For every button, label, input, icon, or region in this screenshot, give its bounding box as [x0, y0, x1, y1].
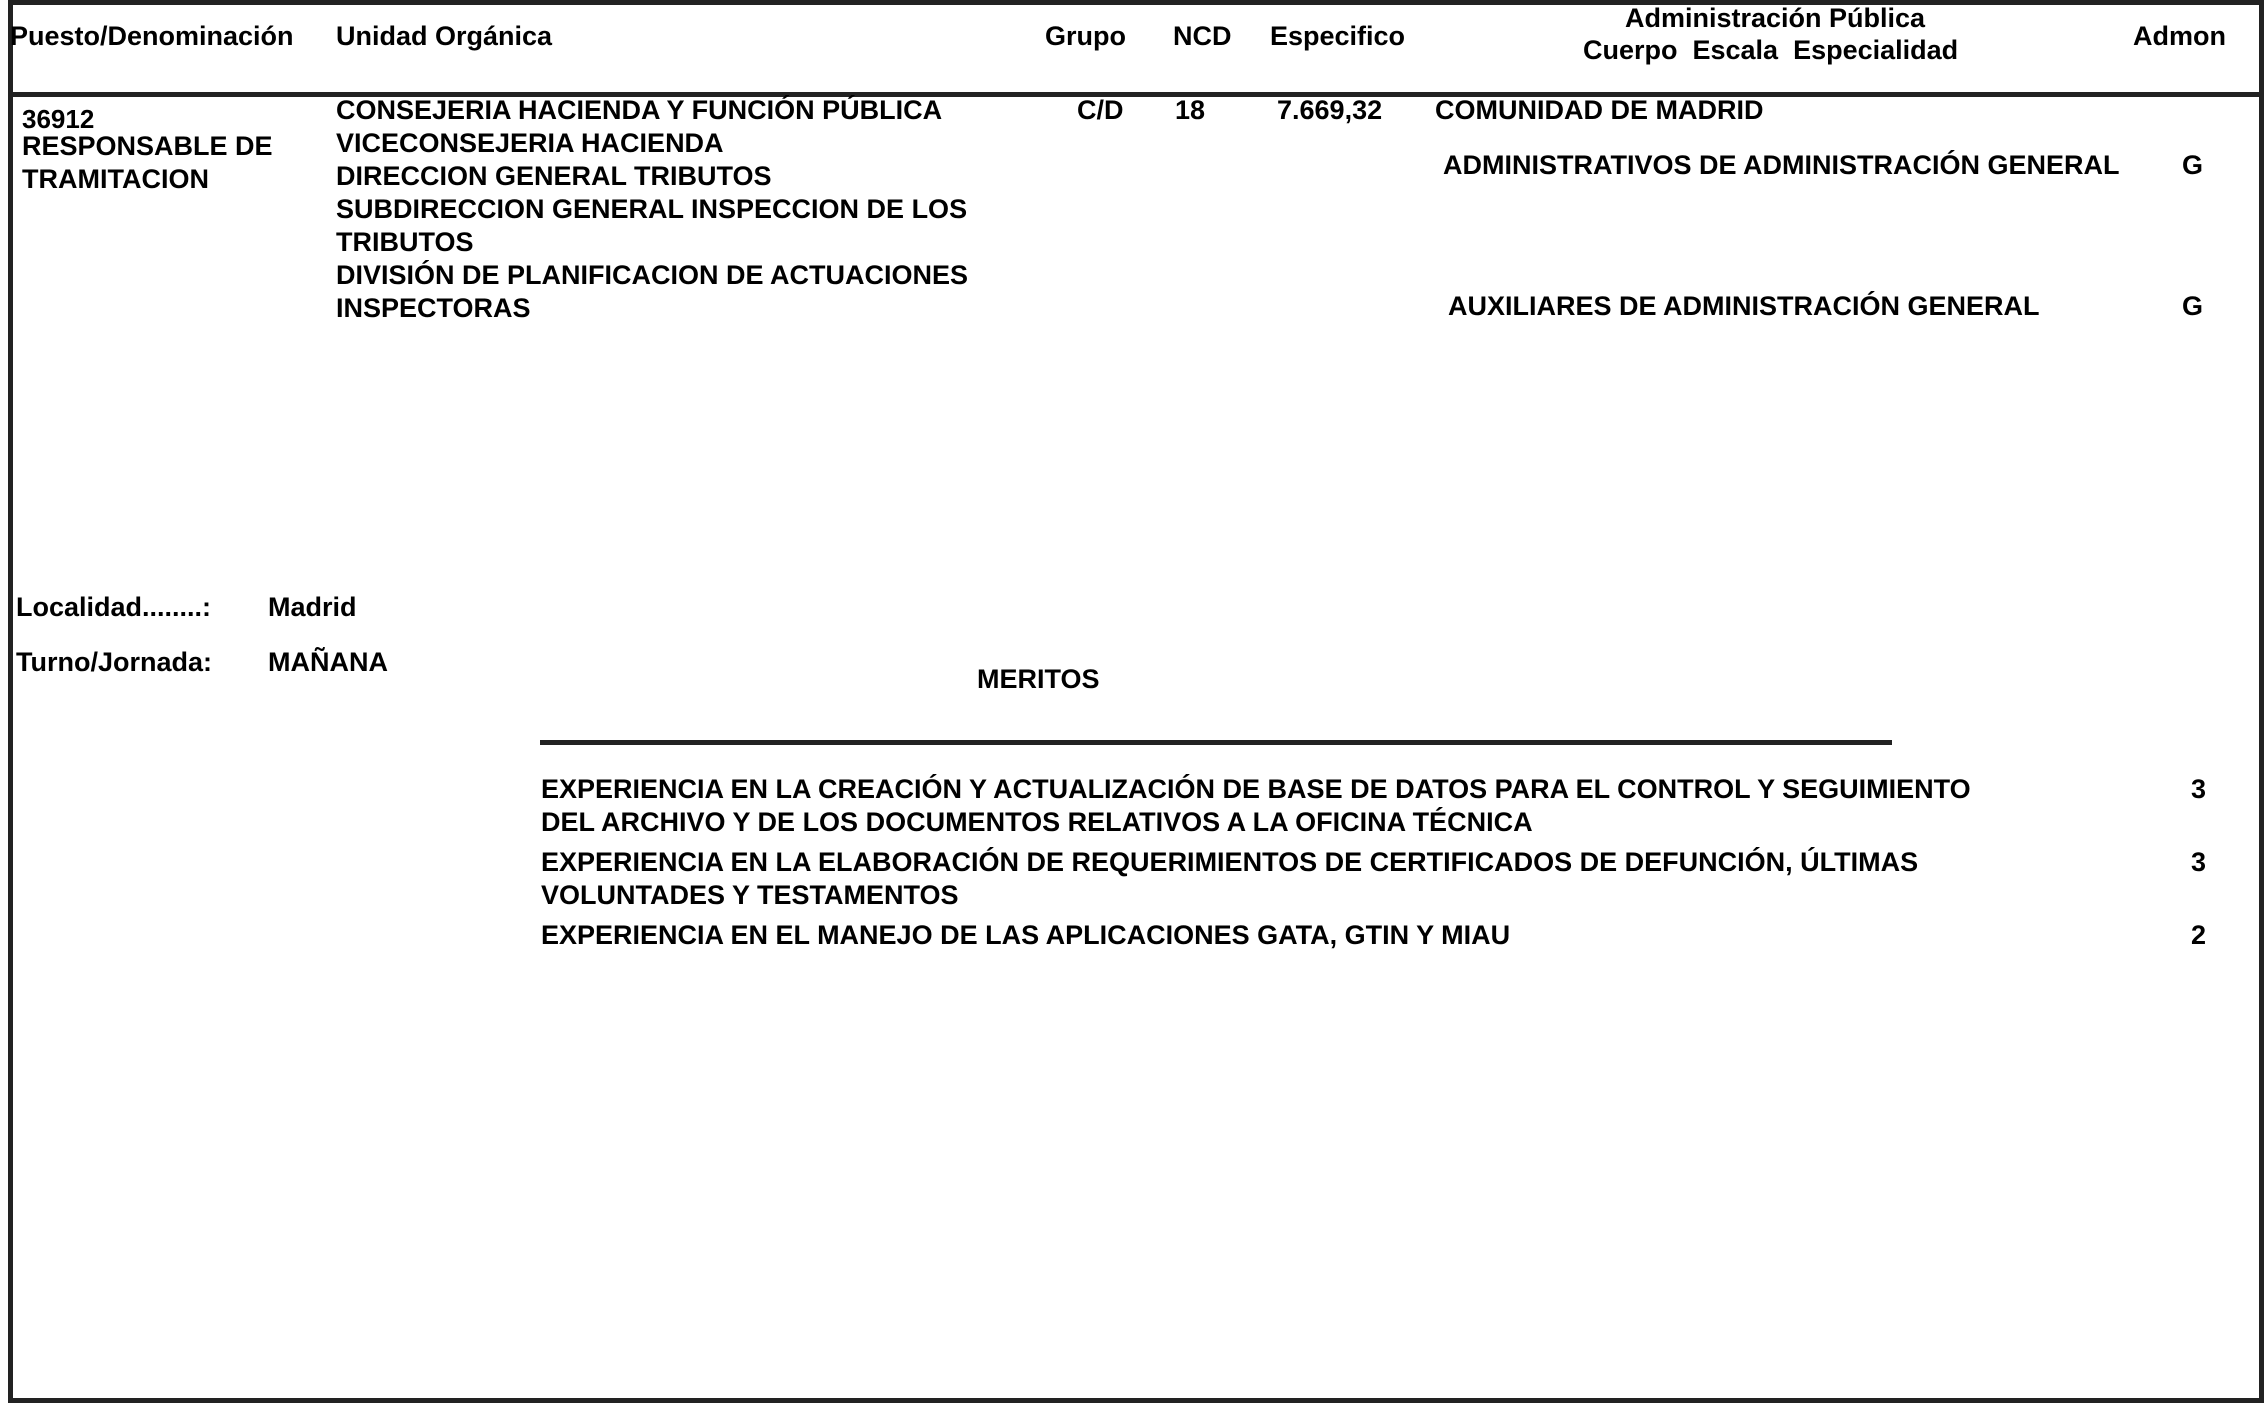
unidad-line-7: INSPECTORAS	[336, 292, 531, 325]
puesto-denominacion-2: TRAMITACION	[22, 163, 209, 196]
cuerpo-1: ADMINISTRATIVOS DE ADMINISTRACIÓN GENERA…	[1443, 149, 2120, 182]
administracion-value: COMUNIDAD DE MADRID	[1435, 94, 1763, 127]
grupo-value: C/D	[1077, 94, 1124, 127]
header-grupo: Grupo	[1045, 20, 1126, 53]
meritos-title: MERITOS	[977, 663, 1100, 696]
unidad-line-5: TRIBUTOS	[336, 226, 474, 259]
unidad-line-2: VICECONSEJERIA HACIENDA	[336, 127, 724, 160]
header-admin-publica: Administración Pública	[1625, 2, 1925, 35]
header-admon: Admon	[2133, 20, 2226, 53]
merito-2-puntos: 3	[2191, 846, 2206, 879]
header-unidad: Unidad Orgánica	[336, 20, 552, 53]
turno-label: Turno/Jornada:	[16, 646, 212, 679]
cuerpo-2-admon: G	[2182, 290, 2203, 323]
especifico-value: 7.669,32	[1277, 94, 1382, 127]
unidad-line-4: SUBDIRECCION GENERAL INSPECCION DE LOS	[336, 193, 967, 226]
header-cuerpo-escala: Cuerpo Escala Especialidad	[1583, 34, 1958, 67]
unidad-line-6: DIVISIÓN DE PLANIFICACION DE ACTUACIONES	[336, 259, 968, 292]
puesto-denominacion-1: RESPONSABLE DE	[22, 130, 273, 163]
merito-3-puntos: 2	[2191, 919, 2206, 952]
merito-1-line-2: DEL ARCHIVO Y DE LOS DOCUMENTOS RELATIVO…	[541, 806, 1533, 839]
meritos-divider	[540, 740, 1892, 745]
cuerpo-2: AUXILIARES DE ADMINISTRACIÓN GENERAL	[1448, 290, 2040, 323]
merito-2-line-2: VOLUNTADES Y TESTAMENTOS	[541, 879, 959, 912]
header-puesto: Puesto/Denominación	[10, 20, 294, 53]
merito-1-puntos: 3	[2191, 773, 2206, 806]
unidad-line-3: DIRECCION GENERAL TRIBUTOS	[336, 160, 772, 193]
localidad-label: Localidad........:	[16, 591, 211, 624]
turno-value: MAÑANA	[268, 646, 388, 679]
header-especifico: Especifico	[1270, 20, 1405, 53]
merito-3-line-1: EXPERIENCIA EN EL MANEJO DE LAS APLICACI…	[541, 919, 1510, 952]
merito-1-line-1: EXPERIENCIA EN LA CREACIÓN Y ACTUALIZACI…	[541, 773, 1971, 806]
header-ncd: NCD	[1173, 20, 1232, 53]
ncd-value: 18	[1175, 94, 1205, 127]
cuerpo-1-admon: G	[2182, 149, 2203, 182]
unidad-line-1: CONSEJERIA HACIENDA Y FUNCIÓN PÚBLICA	[336, 94, 942, 127]
merito-2-line-1: EXPERIENCIA EN LA ELABORACIÓN DE REQUERI…	[541, 846, 1918, 879]
localidad-value: Madrid	[268, 591, 357, 624]
